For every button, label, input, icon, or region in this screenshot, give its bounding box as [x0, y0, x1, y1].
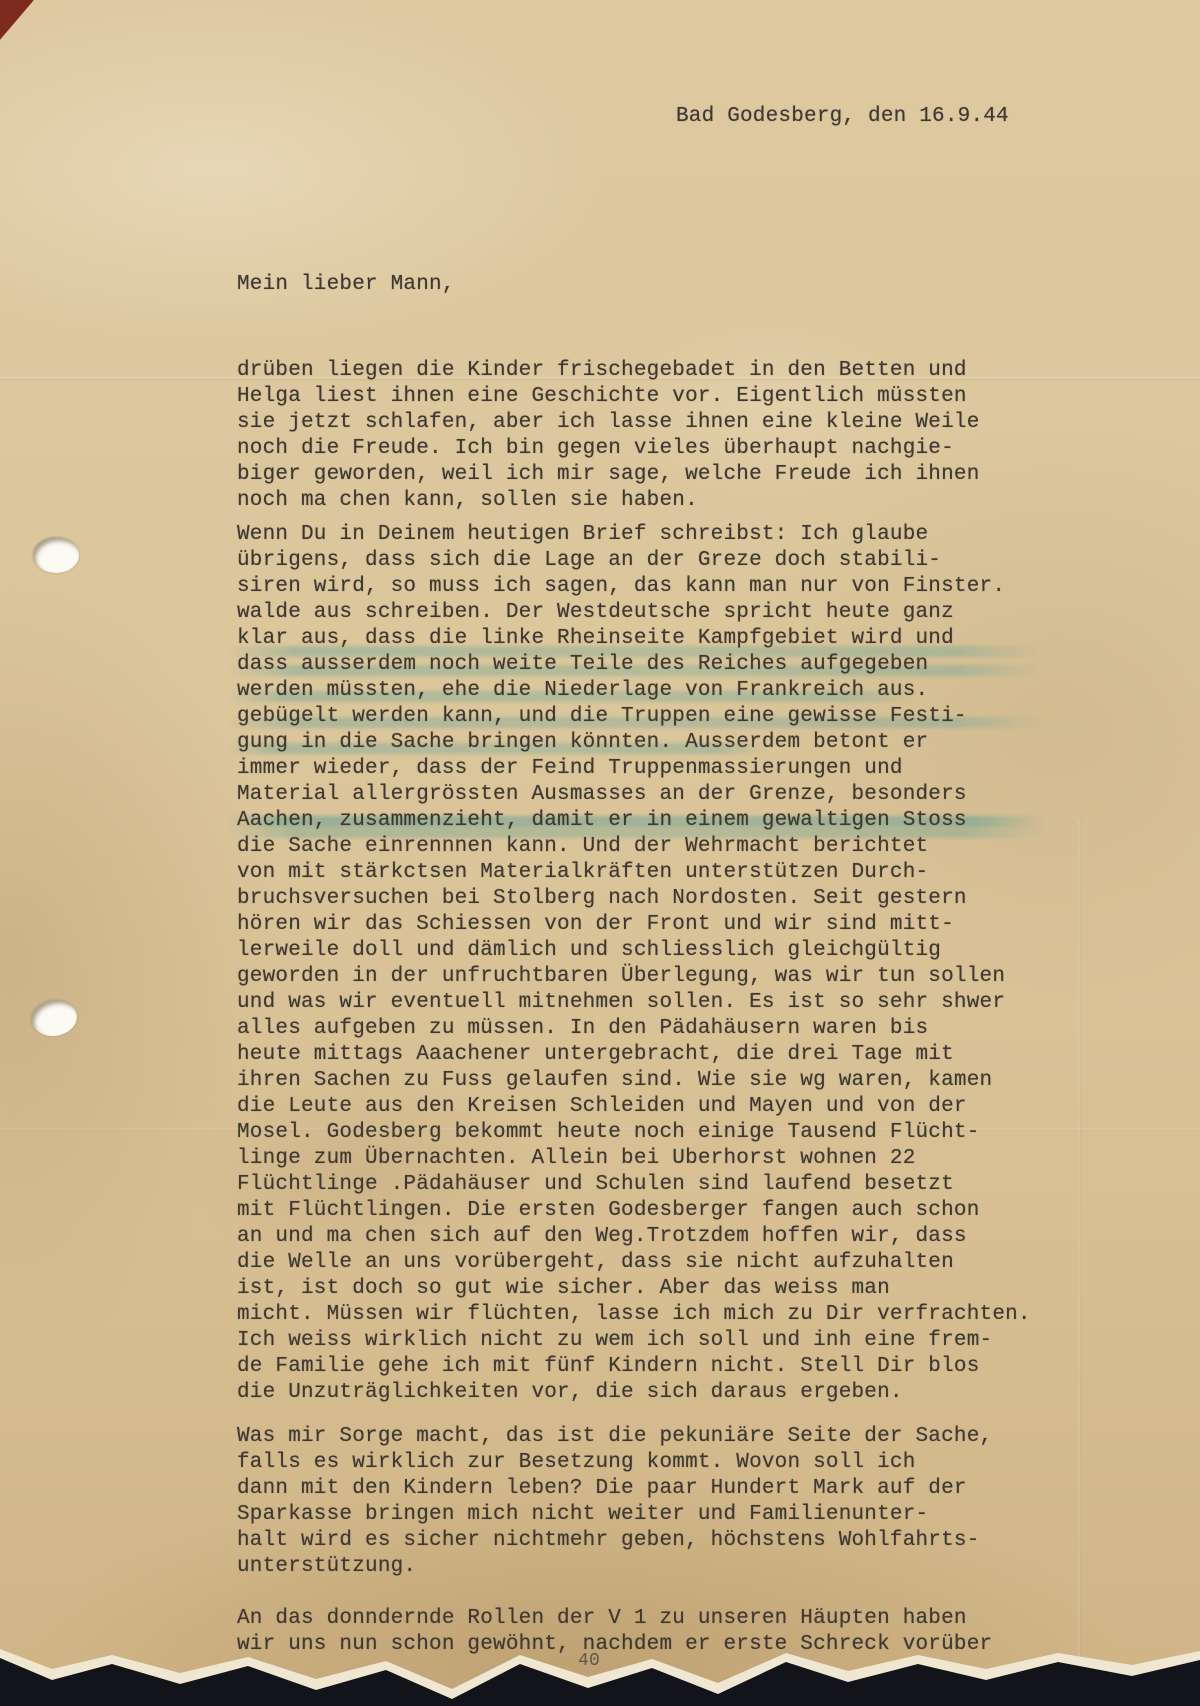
letter-paragraph: drüben liegen die Kinder frischegebadet … — [237, 358, 980, 514]
letter-paragraph: An das donndernde Rollen der V 1 zu unse… — [237, 1606, 992, 1658]
paper-crease-vertical — [1078, 820, 1081, 1680]
letter-salutation: Mein lieber Mann, — [237, 272, 455, 298]
punch-hole-top — [33, 537, 79, 573]
letter-paragraph: Wenn Du in Deinem heutigen Brief schreib… — [237, 522, 1031, 1406]
letter-dateline: Bad Godesberg, den 16.9.44 — [676, 104, 1009, 130]
letter-page: Bad Godesberg, den 16.9.44 Mein lieber M… — [0, 0, 1200, 1700]
page-number-fragment: 40 — [578, 1648, 600, 1674]
letter-paragraph: Was mir Sorge macht, das ist die pekuniä… — [237, 1424, 992, 1580]
scanned-letter-photo: { "letter": { "dateline": "Bad Godesberg… — [0, 0, 1200, 1706]
punch-hole-bottom — [29, 997, 80, 1039]
